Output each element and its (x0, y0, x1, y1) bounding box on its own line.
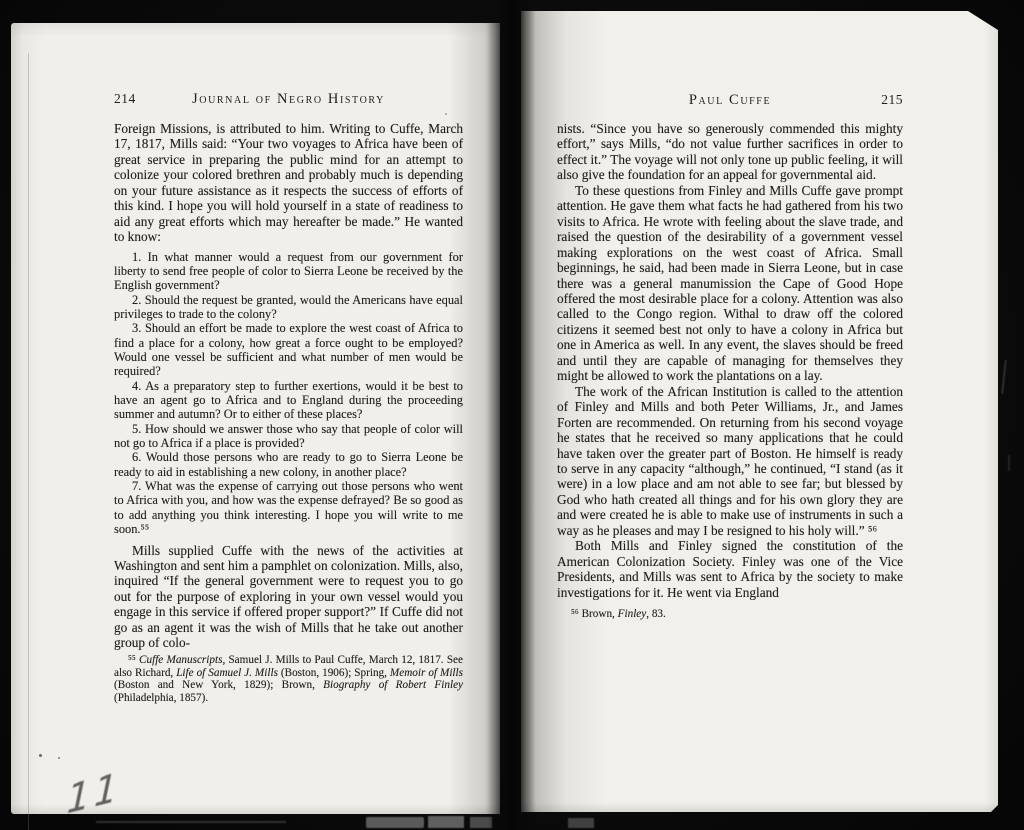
footnote-56-title: Finley (618, 608, 647, 620)
paragraph-colonization-society: Both Mills and Finley signed the constit… (557, 538, 903, 600)
footnote-55-marker: ⁵⁵ (128, 654, 139, 666)
right-running-title: Paul Cuffe (557, 92, 903, 109)
scan-artifact (96, 821, 286, 823)
footnote-56-page-ref: , 83. (646, 608, 666, 620)
paragraph-opening: Foreign Missions, is attributed to him. … (114, 121, 463, 245)
left-running-title: Journal of Negro History (114, 91, 463, 108)
question-item-2: 2. Should the request be granted, would … (114, 293, 463, 322)
right-page-number: 215 (881, 92, 903, 108)
footnote-55-title-2: Life of Samuel J. Mills (176, 667, 278, 679)
right-page: Paul Cuffe 215 nists. “Since you have so… (521, 11, 998, 812)
left-page-text-block: 214 Journal of Negro History Foreign Mis… (114, 91, 463, 705)
question-item-7: 7. What was the expense of carrying out … (114, 479, 463, 536)
right-page-text-block: Paul Cuffe 215 nists. “Since you have so… (557, 92, 903, 621)
footnote-55-text-2: (Boston, 1906); Spring, (278, 667, 390, 679)
footnote-55-text-4: (Philadelphia, 1857). (114, 692, 208, 704)
question-item-3: 3. Should an effort be made to explore t… (114, 321, 463, 378)
footnote-56-marker-text: ⁵⁶ Brown, (571, 608, 618, 620)
book-scan: 214 Journal of Negro History Foreign Mis… (0, 0, 1024, 830)
scan-artifact (428, 816, 464, 828)
paragraph-nists: nists. “Since you have so generously com… (557, 121, 903, 183)
left-page-number: 214 (114, 91, 136, 107)
scan-speck (58, 757, 60, 759)
scan-speck (445, 113, 447, 115)
paragraph-closing: Mills supplied Cuffe with the news of th… (114, 543, 463, 651)
scan-speck (39, 754, 42, 757)
question-item-5: 5. How should we answer those who say th… (114, 422, 463, 451)
left-running-head: 214 Journal of Negro History (114, 91, 463, 109)
question-item-6: 6. Would those persons who are ready to … (114, 450, 463, 479)
scan-artifact (1008, 455, 1010, 471)
paragraph-african-institution: The work of the African Institution is c… (557, 384, 903, 539)
page-edge-line (28, 53, 29, 830)
scan-artifact (470, 817, 492, 828)
pencil-annotation: 11 (66, 763, 122, 822)
footnote-55-title-1: Cuffe Manuscripts (139, 654, 222, 666)
left-page: 214 Journal of Negro History Foreign Mis… (11, 23, 500, 814)
question-item-4: 4. As a preparatory step to further exer… (114, 379, 463, 422)
footnote-55-title-3: Memoir of Mills (390, 667, 463, 679)
footnote-55: ⁵⁵ Cuffe Manuscripts, Samuel J. Mills to… (114, 654, 463, 706)
right-running-head: Paul Cuffe 215 (557, 92, 903, 110)
footnote-56: ⁵⁶ Brown, Finley, 83. (557, 608, 903, 621)
footnote-55-title-4: Biography of Robert Finley (323, 679, 463, 691)
question-item-1: 1. In what manner would a request from o… (114, 250, 463, 293)
footnote-55-text-3: (Boston and New York, 1829); Brown, (114, 679, 323, 691)
scan-artifact (366, 817, 424, 828)
scan-artifact (1001, 360, 1007, 394)
scan-artifact (568, 818, 594, 828)
paragraph-to-these-questions: To these questions from Finley and Mills… (557, 183, 903, 384)
